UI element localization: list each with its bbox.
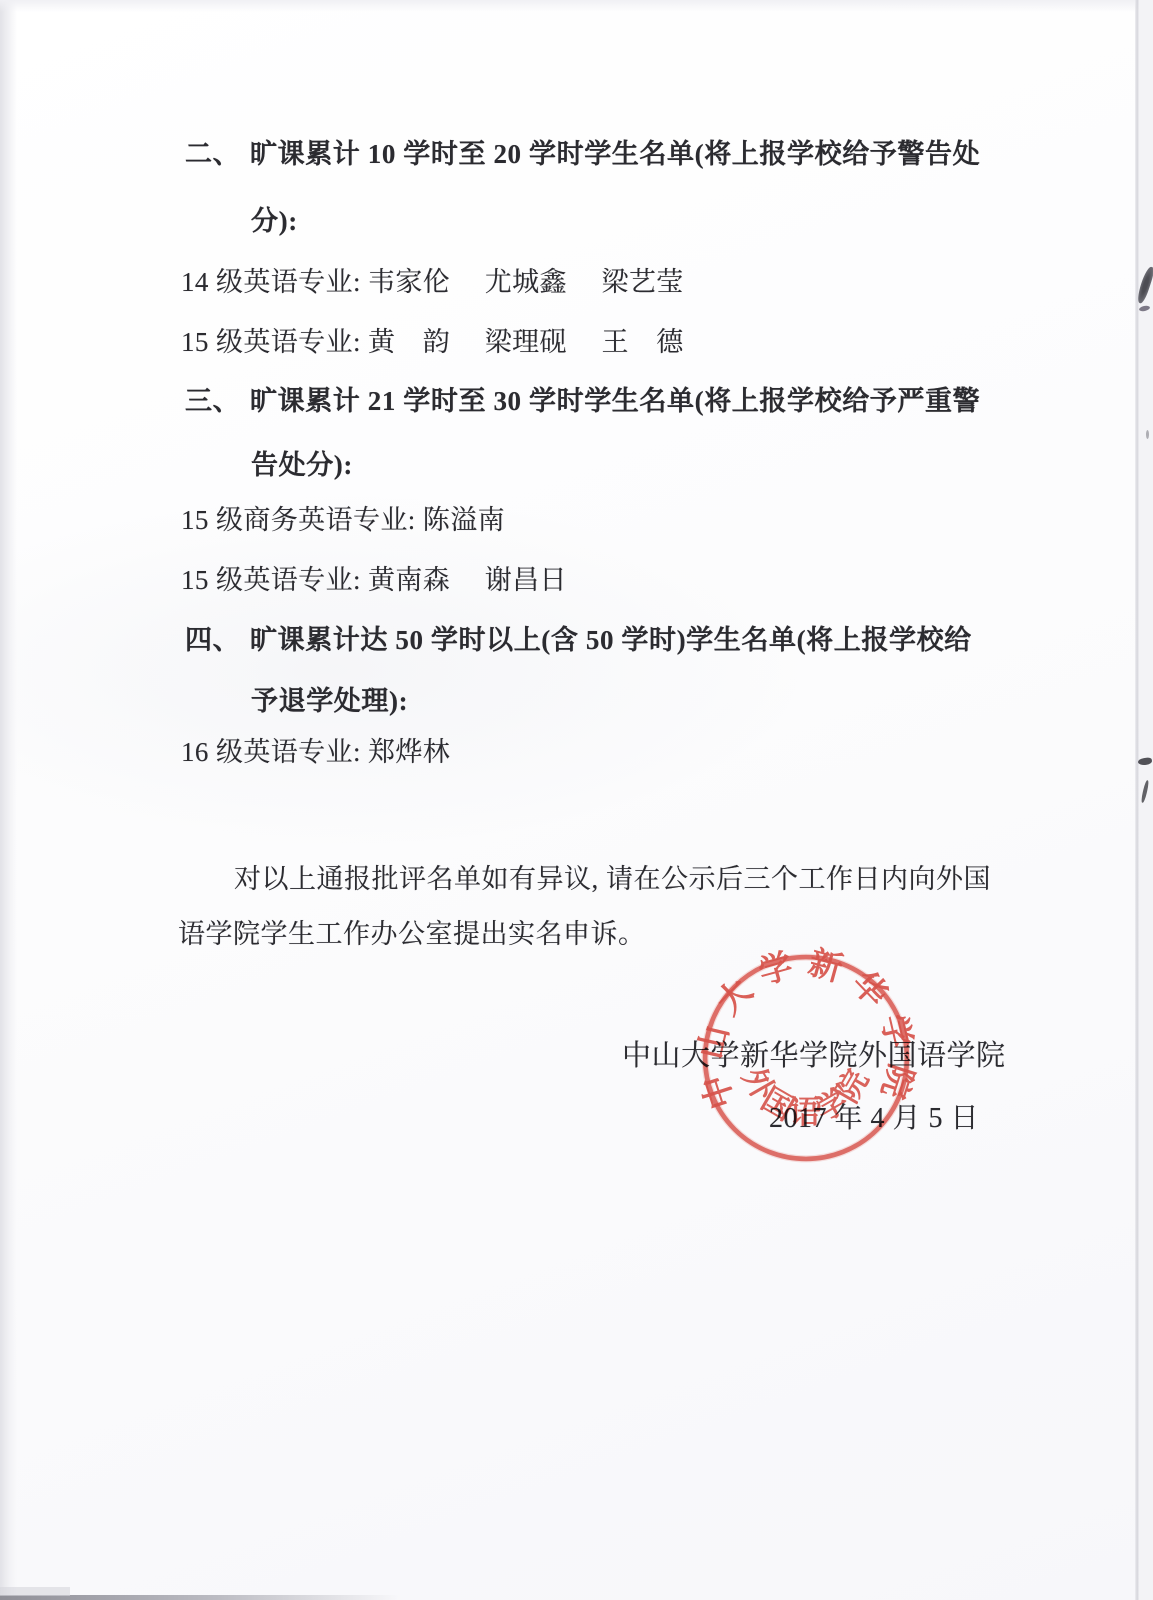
paper-shading [0,420,1113,920]
svg-text:中山大学新华学院: 中山大学新华学院 [694,946,918,1113]
scan-edge-top [0,0,1153,12]
section-4-heading-line-2: 予退学处理): [251,686,408,717]
official-seal: 中山大学新华学院 外国语学院 [694,946,918,1170]
section-4-item-1: 16 级英语专业: 郑烨林 [181,737,450,768]
section-2-heading-line-1: 二、旷课累计 10 学时至 20 学时学生名单(将上报学校给予警告处 [185,139,980,170]
section-2-number: 二、 [185,139,250,170]
scanned-document-page: 二、旷课累计 10 学时至 20 学时学生名单(将上报学校给予警告处 分): 1… [0,0,1153,1600]
scan-edge-bottom-corner [0,1587,70,1596]
section-4-heading-line-1: 四、旷课累计达 50 学时以上(含 50 学时)学生名单(将上报学校给 [185,625,972,656]
section-2-item-1: 14 级英语专业: 韦家伦 尤城鑫 梁艺莹 [181,267,684,298]
seal-ring-text: 中山大学新华学院 [694,946,918,1113]
section-2-heading-text: 旷课累计 10 学时至 20 学时学生名单(将上报学校给予警告处 [250,139,980,169]
seal-inner-text: 外国语学院 [736,1062,877,1130]
section-4-heading-text: 旷课累计达 50 学时以上(含 50 学时)学生名单(将上报学校给 [250,625,972,655]
svg-text:外国语学院: 外国语学院 [736,1062,877,1130]
section-3-item-1: 15 级商务英语专业: 陈溢南 [181,505,505,536]
section-3-heading-line-1: 三、旷课累计 21 学时至 30 学时学生名单(将上报学校给予严重警 [185,386,980,417]
scan-smudge [1146,430,1149,439]
section-2-item-2: 15 级英语专业: 黄 韵 梁理砚 王 德 [181,327,684,358]
section-4-number: 四、 [185,625,250,656]
section-3-number: 三、 [185,386,250,417]
scan-edge-left [0,0,17,1600]
section-3-heading-text: 旷课累计 21 学时至 30 学时学生名单(将上报学校给予严重警 [250,386,980,416]
section-2-heading-line-2: 分): [251,206,298,237]
closing-paragraph-line-1: 对以上通报批评名单如有异议, 请在公示后三个工作日内向外国 [234,864,991,895]
section-3-heading-line-2: 告处分): [251,450,353,481]
closing-paragraph-line-2: 语学院学生工作办公室提出实名申诉。 [178,919,646,950]
section-3-item-2: 15 级英语专业: 黄南森 谢昌日 [181,565,567,596]
